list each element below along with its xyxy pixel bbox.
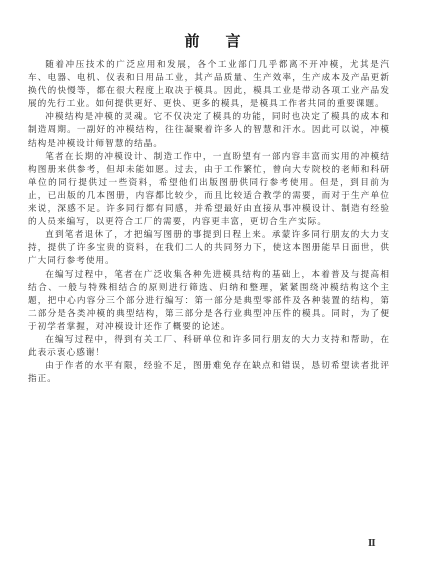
paragraph: 在编写过程中，得到有关工厂、科研单位和许多同行朋友的大力支持和帮助，在此表示衷心… — [28, 334, 390, 360]
paragraph: 冲模结构是冲模的灵魂。它不仅决定了模具的功能，同时也决定了模具的成本和制造周期。… — [28, 111, 390, 150]
paragraph: 直到笔者退休了，才把编写图册的事提到日程上来。承蒙许多同行朋友的大力支持，提供了… — [28, 229, 390, 268]
paragraph: 由于作者的水平有限，经验不足，图册难免存在缺点和错误，恳切希望读者批评指正。 — [28, 360, 390, 386]
paragraph: 随着冲压技术的广泛应用和发展，各个工业部门几乎都离不开冲模，尤其是汽车、电器、电… — [28, 59, 390, 111]
page-title: 前言 — [0, 30, 425, 51]
paragraph: 笔者在长期的冲模设计、制造工作中，一直盼望有一部内容丰富而实用的冲模结构图册来供… — [28, 151, 390, 230]
page-number: Ⅱ — [368, 539, 376, 549]
paragraph: 在编写过程中，笔者在广泛收集各种先进模具结构的基础上，本着普及与提高相结合、一般… — [28, 269, 390, 334]
preface-body: 随着冲压技术的广泛应用和发展，各个工业部门几乎都离不开冲模，尤其是汽车、电器、电… — [28, 59, 390, 386]
